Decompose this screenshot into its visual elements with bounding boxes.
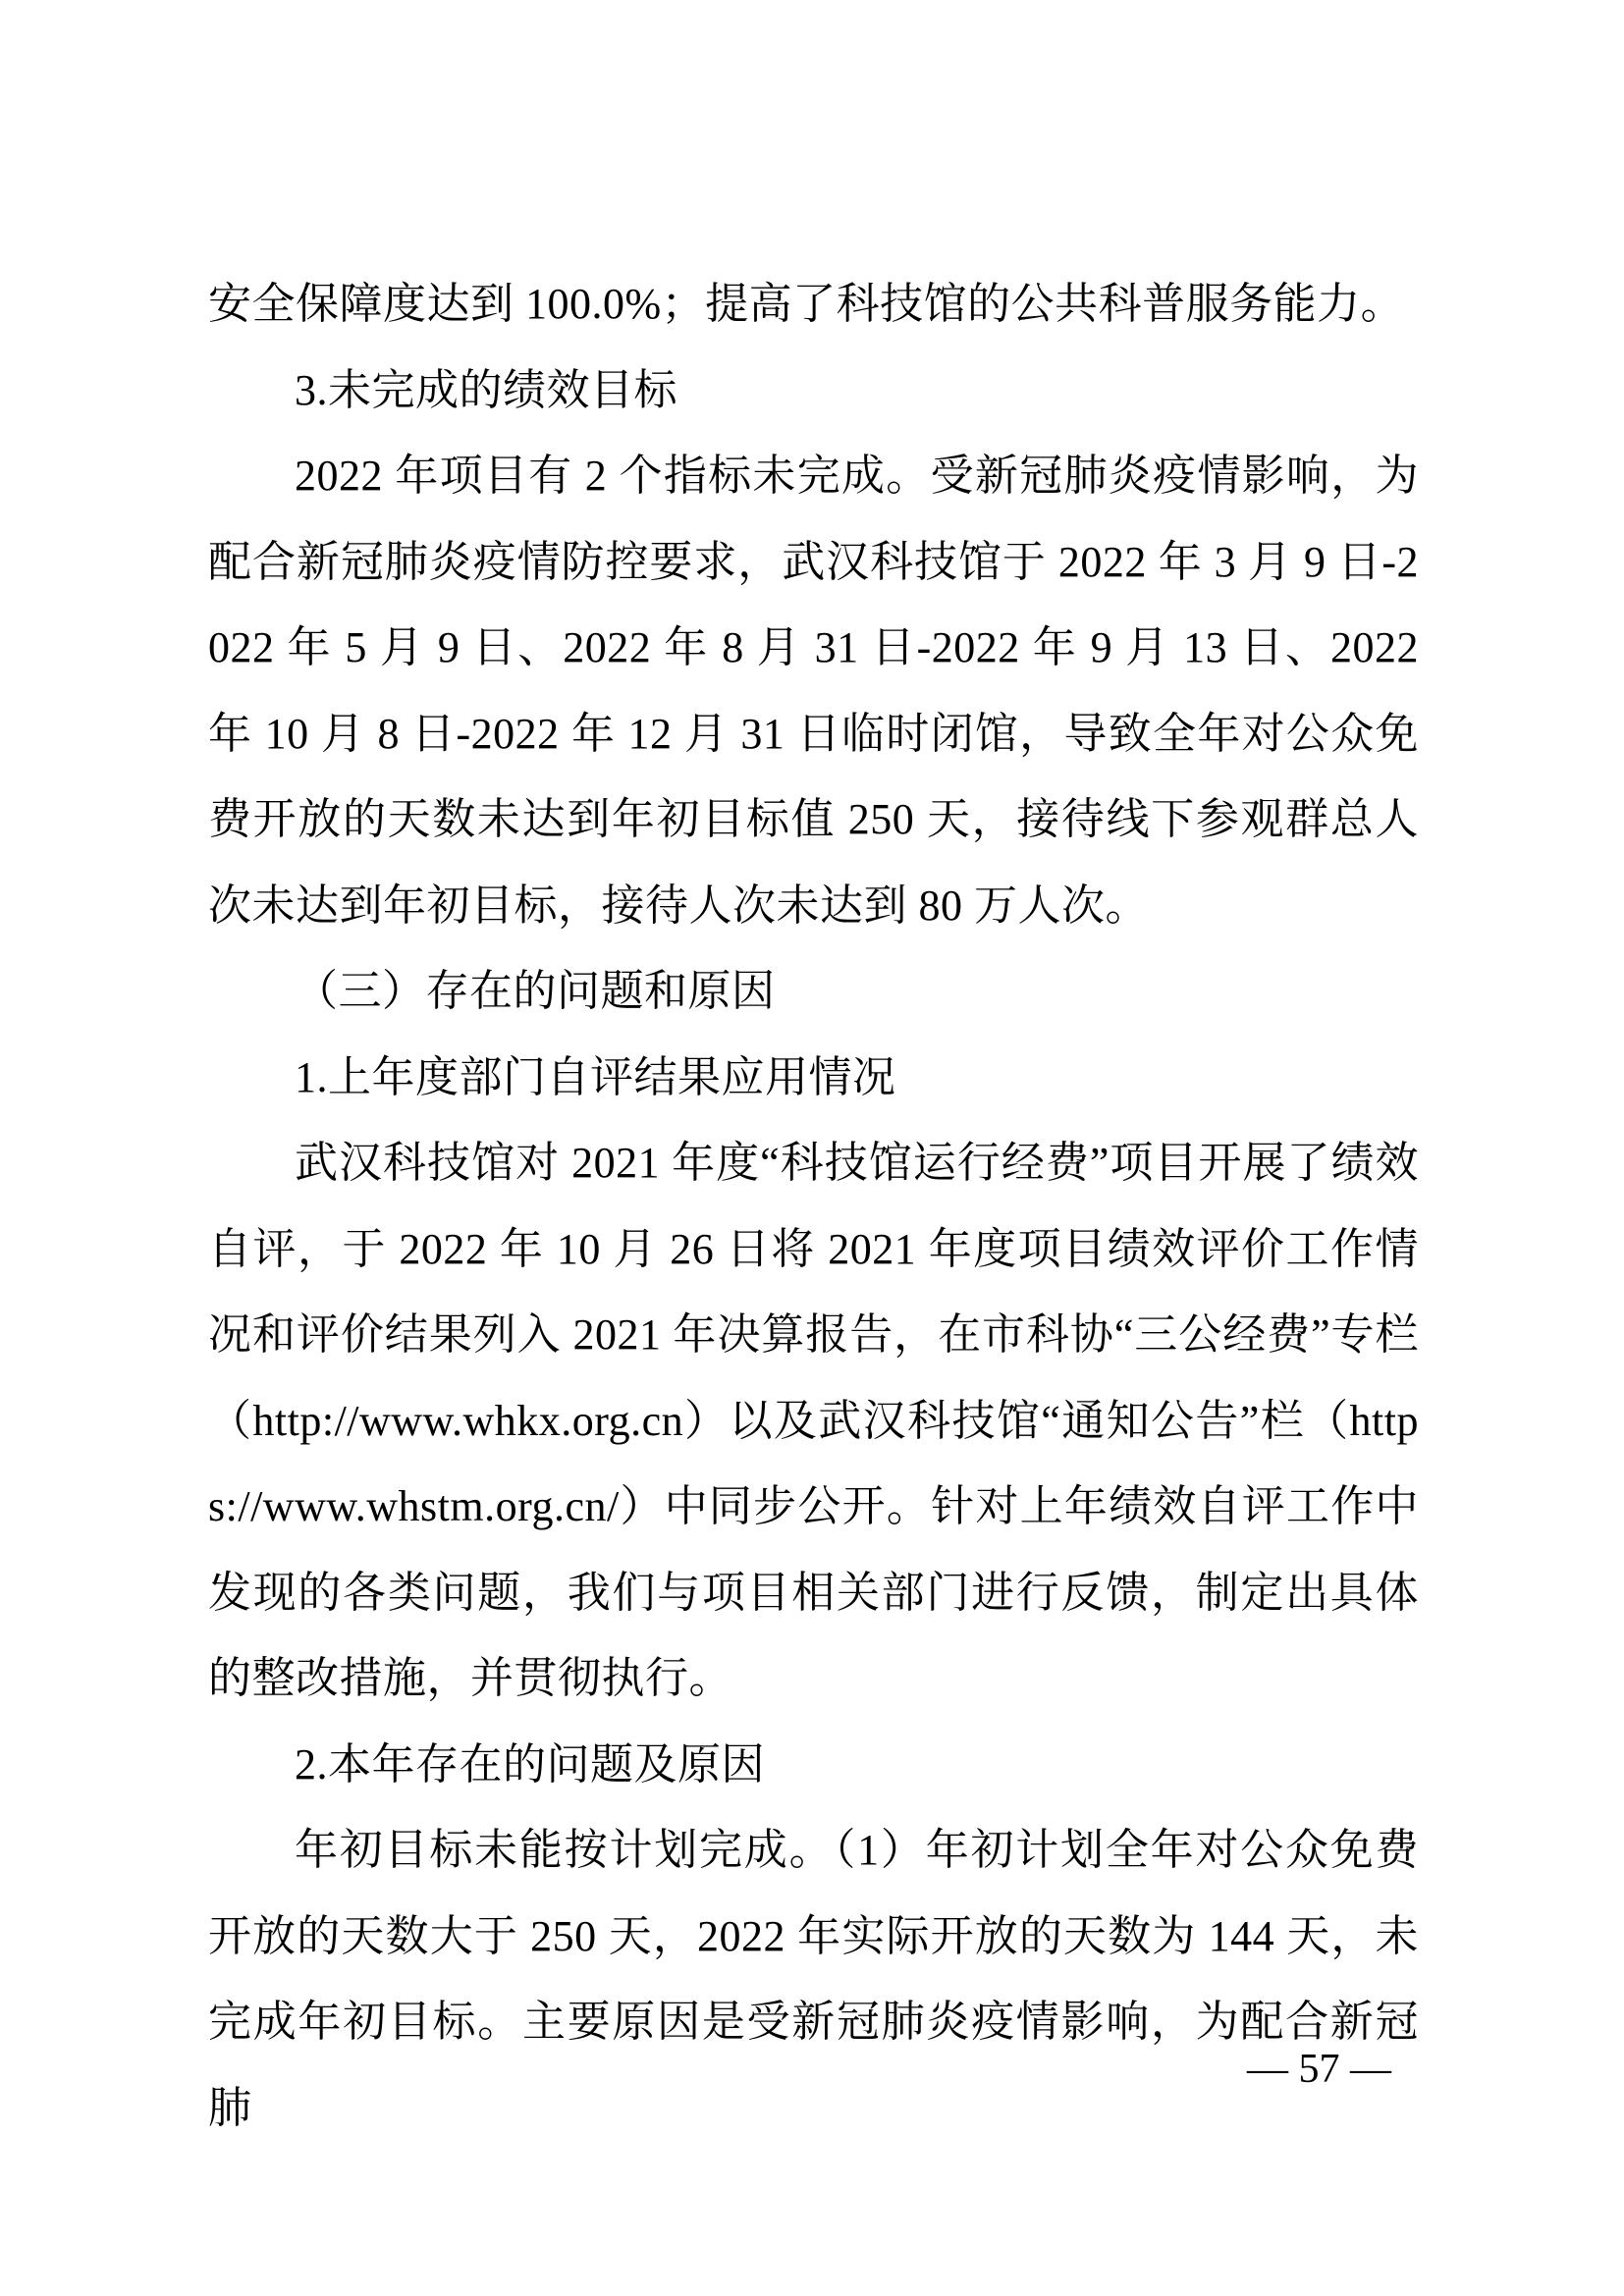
heading-current-year-problems: 2.本年存在的问题及原因 [208, 1722, 1419, 1808]
heading-prior-year-self-evaluation: 1.上年度部门自评结果应用情况 [208, 1035, 1419, 1121]
paragraph-unfinished-targets-detail: 2022 年项目有 2 个指标未完成。受新冠肺炎疫情影响，为配合新冠肺炎疫情防控… [208, 433, 1419, 948]
paragraph-current-year-problems-detail: 年初目标未能按计划完成。（1）年初计划全年对公众免费开放的天数大于 250 天，… [208, 1807, 1419, 2151]
heading-unfinished-targets: 3.未完成的绩效目标 [208, 347, 1419, 434]
document-page: 安全保障度达到 100.0%；提高了科技馆的公共科普服务能力。 3.未完成的绩效… [0, 0, 1624, 2296]
heading-problems-and-causes: （三）存在的问题和原因 [208, 948, 1419, 1035]
document-body: 安全保障度达到 100.0%；提高了科技馆的公共科普服务能力。 3.未完成的绩效… [208, 261, 1419, 2151]
page-number: — 57 — [1247, 2040, 1391, 2099]
paragraph-self-evaluation-detail: 武汉科技馆对 2021 年度“科技馆运行经费”项目开展了绩效自评，于 2022 … [208, 1120, 1419, 1722]
paragraph-continuation: 安全保障度达到 100.0%；提高了科技馆的公共科普服务能力。 [208, 261, 1419, 347]
